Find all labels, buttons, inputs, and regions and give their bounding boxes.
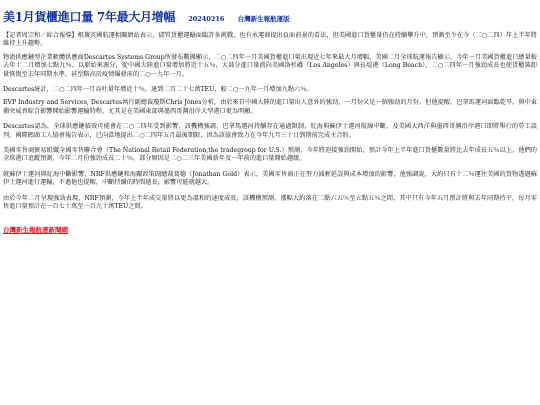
article-paragraph-descartes-data: 物流供應鏈型企業軟體供應商Descartes Systems Group所發布數… <box>3 54 537 79</box>
article-publisher: 台灣新生報航運版 <box>238 15 290 23</box>
article-paragraph-lead: 【記者周宗和／綜合報導】根據英國航運相關網站表示，儘管貨櫃運輸面臨許多挑戰，也有… <box>3 32 537 49</box>
news-article: 美1月貨櫃進口量 7年最大月增幅 20240216 台灣新生報航運版 【記者周宗… <box>0 0 540 236</box>
article-paragraph-nrf-forecast: 美國零售商貿易組織全國零售聯合會（The National Retail Fed… <box>3 147 537 164</box>
article-paragraph-jonathan-gold: 就蘇伊士運河與紅海中斷影響，NRF供應鏈和海關政策副總裁葛德（Jonathan … <box>3 171 537 188</box>
article-paragraph-outlook: 由於今年二月呈現強勁表現，NRF預測，今年上半年成交量將以更為溫和的速度成長，該… <box>3 195 537 212</box>
article-paragraph-supply-chain: Descartes認為，全球供應鏈績效可能會在二○二四年受到影響，該機構強調，巴… <box>3 123 537 140</box>
article-title: 美1月貨櫃進口量 7年最大月增幅 <box>3 10 175 24</box>
article-paragraph-chris-jones: EVP Industry and Services, Descartes執行副總… <box>3 99 537 116</box>
article-date: 20240216 <box>188 15 224 23</box>
source-website-link[interactable]: 台灣新生報航運新聞網 <box>3 225 68 234</box>
article-headline: 美1月貨櫃進口量 7年最大月增幅 20240216 台灣新生報航運版 <box>3 3 537 26</box>
article-paragraph-throughput: Descartes統計，二○二四年一月吞吐量年增近十％，達到二百二十七萬TEU，… <box>3 86 537 94</box>
